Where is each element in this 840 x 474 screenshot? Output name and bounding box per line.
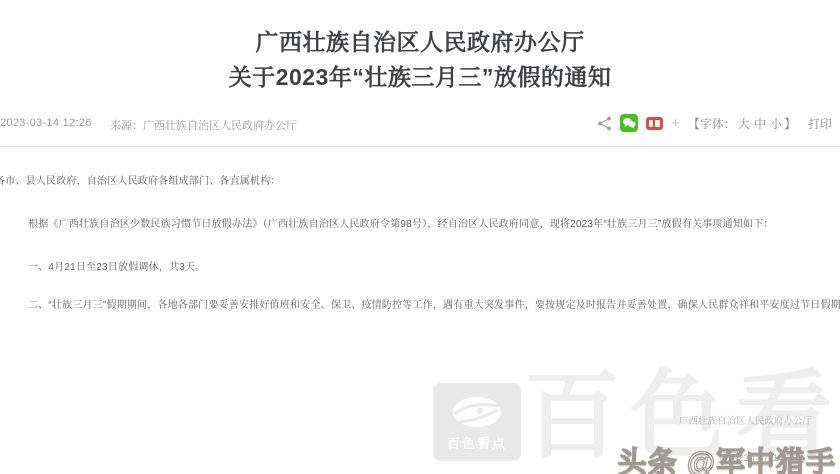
meta-row: 2023-03-14 12:26 来源：广西壮族自治区人民政府办公厅: [0, 112, 840, 134]
paragraph-item2: 二、“壮族三月三”假期期间，各地各部门要妥善安排好值班和安全、保卫、疫情防控等工…: [28, 296, 840, 311]
article-page: 广西壮族自治区人民政府办公厅 关于2023年“壮族三月三”放假的通知 2023-…: [0, 0, 840, 474]
signature-org: 广西壮族自治区人民政府办公厅: [679, 413, 812, 427]
swirl-logo-icon: [450, 393, 504, 431]
share-icon[interactable]: [597, 116, 612, 131]
salutation-line: 各市、县人民政府，自治区人民政府各组成部门、各直属机构：: [0, 172, 281, 187]
font-size-small[interactable]: 小: [770, 117, 782, 131]
watermark-credit: 头条 @军中猎手: [618, 440, 836, 474]
source-label: 来源：广西壮族自治区人民政府办公厅: [110, 117, 297, 133]
meta-toolbar: + 【字体：大中小】 打印: [597, 112, 832, 134]
font-size-medium[interactable]: 中: [754, 117, 766, 131]
font-label-suffix: 】: [784, 117, 796, 131]
publish-datetime: 2023-03-14 12:26: [0, 117, 92, 129]
badge-label: 百色看点: [447, 433, 507, 452]
print-button[interactable]: 打印: [808, 115, 832, 132]
paragraph-item1: 一、4月21日至23日放假调休，共3天。: [28, 258, 205, 273]
wechat-icon[interactable]: [620, 114, 638, 132]
paragraph-basis: 根据《广西壮族自治区少数民族习惯节日放假办法》（广西壮族自治区人民政府令第98号…: [28, 215, 774, 230]
divider: [0, 146, 840, 147]
doc-title-line2: 关于2023年“壮族三月三”放假的通知: [0, 59, 840, 92]
red-share-icon[interactable]: [646, 117, 663, 130]
doc-title-line1: 广西壮族自治区人民政府办公厅: [0, 24, 840, 57]
baise-kandian-logo-badge: 百色看点: [433, 383, 521, 461]
font-size-control: 【字体：大中小】: [688, 115, 796, 132]
font-size-large[interactable]: 大: [738, 117, 750, 131]
plus-icon[interactable]: +: [671, 116, 680, 131]
font-label-prefix: 【字体：: [688, 117, 736, 131]
